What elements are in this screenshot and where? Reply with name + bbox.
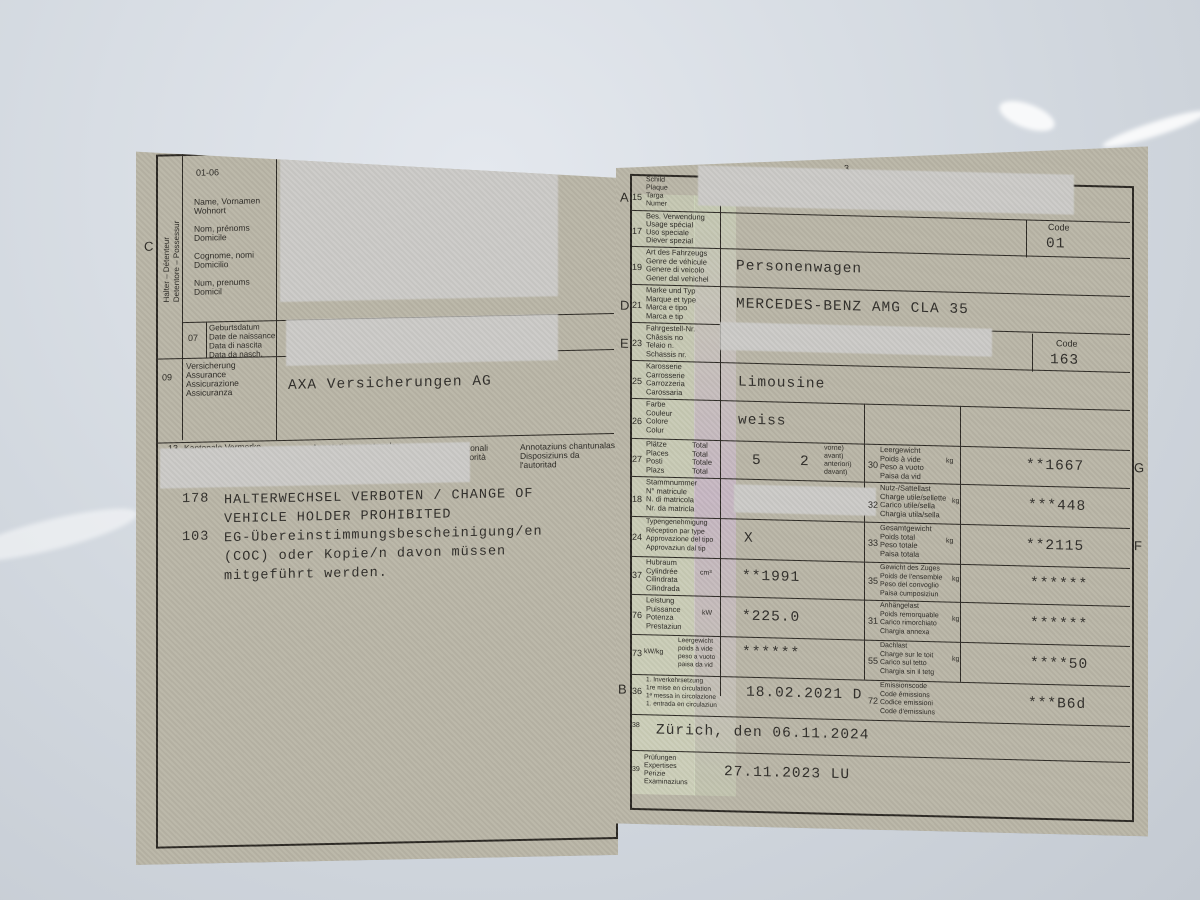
light-glare-streak bbox=[1101, 105, 1200, 152]
field-73-number: 73 bbox=[632, 648, 642, 658]
field-72-labels: Emissionscode Code émissions Codice emis… bbox=[880, 682, 935, 717]
divider bbox=[1032, 334, 1033, 372]
field-37-number: 37 bbox=[632, 570, 642, 580]
power-value: *225.0 bbox=[742, 609, 800, 626]
light-glare bbox=[996, 95, 1059, 137]
power-weight-value: ****** bbox=[742, 645, 800, 662]
field-32-number: 32 bbox=[868, 500, 878, 510]
redacted-holder-name bbox=[280, 150, 558, 302]
field-25-labels: Karosserie Carrosserie Carrozzeria Caros… bbox=[646, 362, 685, 397]
field-35-number: 35 bbox=[868, 576, 878, 586]
redacted-matriculation bbox=[734, 484, 876, 515]
field-17-labels: Bes. Verwendung Usage spécial Uso specia… bbox=[646, 212, 705, 245]
divider bbox=[1026, 220, 1027, 258]
first-registration-value: 18.02.2021 D bbox=[746, 685, 862, 704]
field-31-unit: kg bbox=[952, 616, 959, 623]
field-30-labels: Leergewicht Poids à vide Peso a vuoto Pa… bbox=[880, 446, 924, 481]
field-31-labels: Anhängelast Poids remorquable Carico rim… bbox=[880, 602, 939, 637]
right-page: 3 A 15 Schild Plaque Targa Numer 17 Bes.… bbox=[616, 133, 1148, 836]
field-26-labels: Farbe Couleur Colore Colur bbox=[646, 400, 672, 435]
field-07-labels: Geburtsdatum Date de naissance Data di n… bbox=[209, 322, 275, 359]
holder-vertical-label-2: Detentore – Possessur bbox=[172, 221, 181, 303]
field-19-labels: Art des Fahrzeugs Genre de véhicule Gene… bbox=[646, 248, 709, 284]
field-27-number: 27 bbox=[632, 454, 642, 464]
field-07-number: 07 bbox=[188, 333, 198, 343]
field-76-number: 76 bbox=[632, 610, 642, 620]
divider bbox=[720, 176, 721, 696]
field-33-labels: Gesamtgewicht Poids total Peso totale Pa… bbox=[880, 524, 932, 559]
field-18-labels: Stammnummer N° matricule N. di matricola… bbox=[646, 478, 697, 513]
note-103-code: 103 bbox=[182, 530, 209, 546]
train-weight-value: ****** bbox=[1030, 576, 1088, 593]
field-24-labels: Typengenehmigung Réception par type Appr… bbox=[646, 518, 713, 554]
field-26-number: 26 bbox=[632, 416, 642, 426]
field-37-labels: Hubraum Cylindrée Cilindrata Cilindrada bbox=[646, 558, 680, 593]
field-36-labels: 1. Inverkehrsetzung 1re mise en circulat… bbox=[646, 676, 717, 710]
field-24-number: 24 bbox=[632, 532, 642, 542]
field-21-labels: Marke und Typ Marque et type Marca e tip… bbox=[646, 286, 696, 321]
type-approval-value: X bbox=[744, 531, 754, 547]
field-35-labels: Gewicht des Zuges Poids de l'ensemble Pe… bbox=[880, 564, 942, 600]
total-weight-value: **2115 bbox=[1026, 538, 1084, 555]
note-178-code: 178 bbox=[182, 492, 209, 508]
note-103-text: EG-Übereinstimmungsbescheinigung/en (COC… bbox=[224, 523, 543, 587]
light-glare-left bbox=[0, 499, 141, 572]
divider bbox=[206, 322, 207, 358]
field-55-labels: Dachlast Charge sur le toit Carico sul t… bbox=[880, 642, 934, 677]
empty-weight-value: **1667 bbox=[1026, 458, 1084, 475]
field-19-number: 19 bbox=[632, 262, 642, 272]
note-178-text: HALTERWECHSEL VERBOTEN / CHANGE OF VEHIC… bbox=[224, 485, 533, 529]
redacted-birthdate bbox=[286, 314, 558, 366]
field-0106-number: 01-06 bbox=[196, 167, 219, 177]
field-23-labels: Fahrgestell-Nr. Châssis no Telaio n. Sch… bbox=[646, 324, 695, 359]
field-27-front-labels: vorne) avant) anteriori) davant) bbox=[824, 445, 852, 478]
field-33-number: 33 bbox=[868, 538, 878, 548]
color-value: weiss bbox=[738, 412, 787, 429]
divider bbox=[182, 154, 183, 440]
field-37-unit: cm³ bbox=[700, 570, 712, 577]
emission-code-value: ***B6d bbox=[1028, 696, 1086, 713]
field-15-labels: Schild Plaque Targa Numer bbox=[646, 176, 668, 209]
left-page: C Halter – Détenteur Detentore – Possess… bbox=[136, 127, 618, 865]
field-30-unit: kg bbox=[946, 458, 953, 465]
field-0106-labels: Name, Vornamen Wohnort Nom, prénoms Domi… bbox=[194, 196, 260, 296]
field-32-unit: kg bbox=[952, 498, 959, 505]
body-type-value: Limousine bbox=[738, 374, 825, 392]
field-25-number: 25 bbox=[632, 376, 642, 386]
field-27-labels: Plätze Places Posti Plazs bbox=[646, 440, 669, 475]
section-letter-a: A bbox=[620, 190, 629, 205]
field-35-unit: kg bbox=[952, 576, 959, 583]
field-72-number: 72 bbox=[868, 696, 878, 706]
field-73-unit: kW/kg bbox=[644, 648, 663, 655]
inspection-value: 27.11.2023 LU bbox=[724, 764, 850, 783]
section-letter-f: F bbox=[1134, 538, 1142, 553]
field-33-unit: kg bbox=[946, 538, 953, 545]
field-17-code-label: Code bbox=[1048, 222, 1070, 233]
field-30-number: 30 bbox=[868, 460, 878, 470]
payload-value: ***448 bbox=[1028, 498, 1086, 515]
field-17-number: 17 bbox=[632, 226, 642, 236]
section-letter-e: E bbox=[620, 336, 629, 351]
redacted-cantonal-note bbox=[160, 442, 470, 488]
field-25-code: 163 bbox=[1050, 352, 1079, 369]
holder-vertical-label: Halter – Détenteur bbox=[162, 237, 171, 303]
field-15-number: 15 bbox=[632, 192, 642, 202]
field-21-number: 21 bbox=[632, 300, 642, 310]
field-36-number: 36 bbox=[632, 686, 642, 696]
field-13-label-rm: Annotaziuns chantunalas Disposiziuns da … bbox=[520, 441, 618, 470]
seats-total-value: 5 bbox=[752, 453, 762, 469]
field-25-code-label: Code bbox=[1056, 338, 1078, 349]
field-09-number: 09 bbox=[162, 372, 172, 382]
field-39-number: 39 bbox=[632, 766, 640, 773]
trailer-load-value: ****** bbox=[1030, 616, 1088, 633]
section-letter-g: G bbox=[1134, 460, 1144, 475]
field-76-unit: kW bbox=[702, 610, 712, 617]
divider bbox=[864, 404, 865, 680]
field-31-number: 31 bbox=[868, 616, 878, 626]
field-09-labels: Versicherung Assurance Assicurazione Ass… bbox=[186, 361, 239, 398]
field-17-code: 01 bbox=[1046, 236, 1065, 252]
section-letter-d: D bbox=[620, 298, 629, 313]
field-32-labels: Nutz-/Sattellast Charge utile/sellette C… bbox=[880, 484, 946, 520]
section-letter-b: B bbox=[618, 682, 627, 697]
section-letter-c: C bbox=[144, 239, 153, 254]
displacement-value: **1991 bbox=[742, 569, 800, 586]
field-73-labels: Leergewicht poids à vide peso a vuoto pa… bbox=[678, 637, 715, 670]
vehicle-type-value: Personenwagen bbox=[736, 258, 862, 277]
field-18-number: 18 bbox=[632, 494, 642, 504]
field-55-unit: kg bbox=[952, 656, 959, 663]
field-23-number: 23 bbox=[632, 338, 642, 348]
field-76-labels: Leistung Puissance Potenza Prestaziun bbox=[646, 596, 681, 631]
divider bbox=[960, 406, 961, 682]
divider bbox=[276, 154, 277, 440]
field-39-labels: Prüfungen Expertises Perizie Examinaziun… bbox=[644, 754, 688, 787]
seats-front-value: 2 bbox=[800, 454, 810, 470]
field-38-number: 38 bbox=[632, 722, 640, 729]
roof-load-value: ****50 bbox=[1030, 656, 1088, 673]
field-27-total-labels: Total Total Totale Total bbox=[692, 441, 712, 475]
field-55-number: 55 bbox=[868, 656, 878, 666]
